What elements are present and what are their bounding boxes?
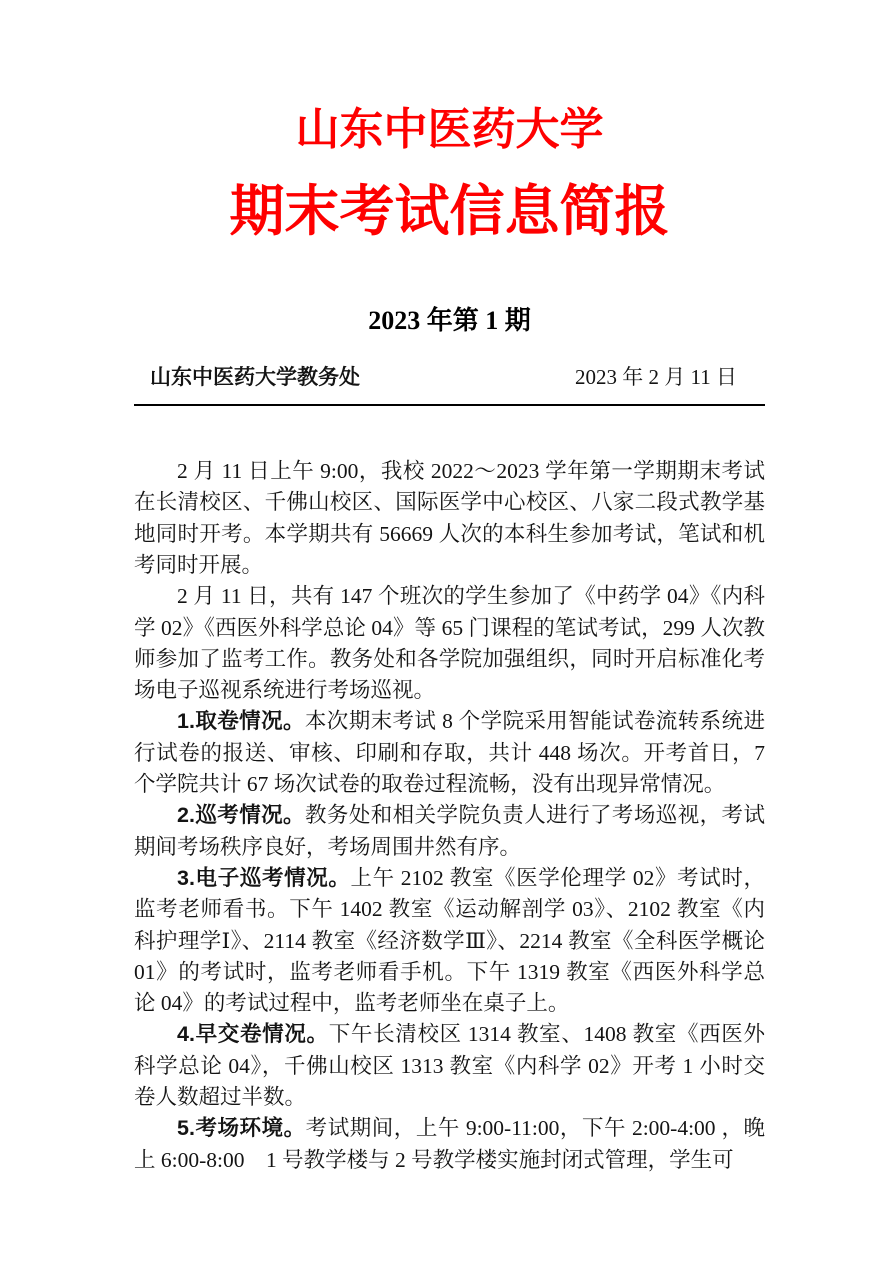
section-paragraph-5: 5.考场环境。考试期间，上午 9:00-11:00，下午 2:00-4:00 ，…: [134, 1113, 765, 1176]
overview-paragraph: 2 月 11 日，共有 147 个班次的学生参加了《中药学 04》《内科学 02…: [134, 581, 765, 706]
meta-row: 山东中医药大学教务处 2023 年 2 月 11 日: [134, 361, 765, 391]
section-1-label: 1.取卷情况。: [177, 709, 305, 733]
section-paragraph-3: 3.电子巡考情况。上午 2102 教室《医学伦理学 02》考试时，监考老师看书。…: [134, 863, 765, 1019]
header-divider: [134, 404, 765, 406]
issue-number: 2023 年第 1 期: [134, 300, 765, 337]
bulletin-page: 山东中医药大学 期末考试信息简报 2023 年第 1 期 山东中医药大学教务处 …: [0, 0, 893, 1263]
section-2-label: 2.巡考情况。: [177, 803, 305, 827]
bulletin-title: 期末考试信息简报: [134, 182, 765, 243]
university-name-title: 山东中医药大学: [134, 105, 765, 156]
intro-paragraph: 2 月 11 日上午 9:00，我校 2022～2023 学年第一学期期末考试在…: [134, 456, 765, 581]
document-body: 2 月 11 日上午 9:00，我校 2022～2023 学年第一学期期末考试在…: [134, 456, 765, 1176]
paragraph-2-text: 2 月 11 日，共有 147 个班次的学生参加了《中药学 04》《内科学 02…: [134, 584, 765, 702]
section-5-label: 5.考场环境。: [177, 1116, 306, 1140]
section-paragraph-4: 4.早交卷情况。下午长清校区 1314 教室、1408 教室《西医外科学总论 0…: [134, 1019, 765, 1113]
section-paragraph-1: 1.取卷情况。本次期末考试 8 个学院采用智能试卷流转系统进行试卷的报送、审核、…: [134, 706, 765, 800]
issue-date: 2023 年 2 月 11 日: [575, 361, 737, 391]
section-3-label: 3.电子巡考情况。: [177, 866, 350, 890]
paragraph-1-text: 2 月 11 日上午 9:00，我校 2022～2023 学年第一学期期末考试在…: [134, 459, 765, 577]
section-4-label: 4.早交卷情况。: [177, 1022, 329, 1046]
publisher-name: 山东中医药大学教务处: [150, 361, 360, 391]
section-paragraph-2: 2.巡考情况。教务处和相关学院负责人进行了考场巡视，考试期间考场秩序良好，考场周…: [134, 800, 765, 863]
